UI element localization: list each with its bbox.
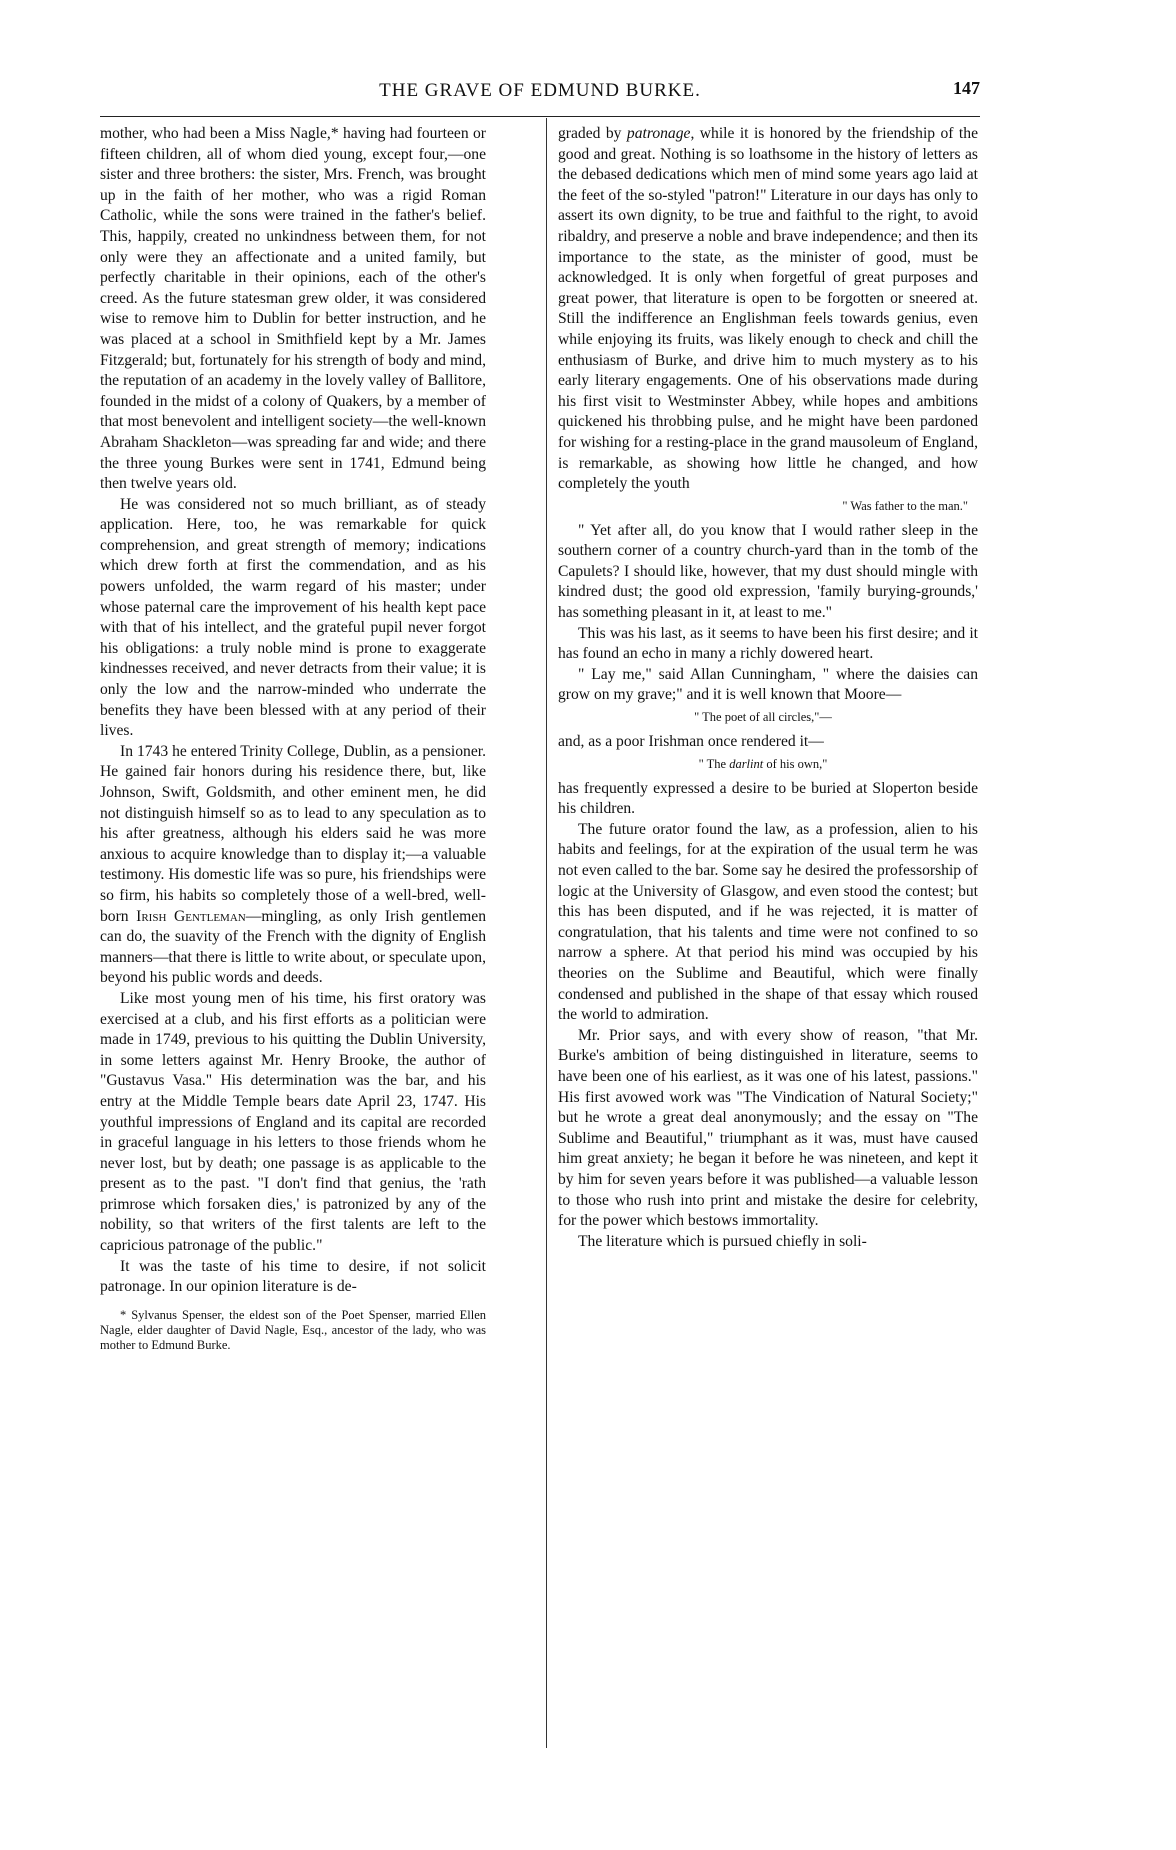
page-title: THE GRAVE OF EDMUND BURKE. [100, 80, 980, 102]
paragraph: and, as a poor Irishman once rendered it… [558, 732, 978, 753]
verse-quote: " Was father to the man." [558, 497, 978, 515]
page-number: 147 [953, 78, 980, 99]
italic-text: patronage [627, 125, 691, 142]
footnote-spacer [100, 1298, 486, 1308]
right-column: graded by patronage, while it is honored… [558, 124, 978, 1252]
paragraph: In 1743 he entered Trinity College, Dubl… [100, 742, 486, 989]
quote-text: " The [699, 757, 730, 771]
header-rule [100, 116, 980, 117]
paragraph: It was the taste of his time to desire, … [100, 1257, 486, 1298]
italic-text: darlint [729, 757, 763, 771]
paragraph: " Lay me," said Allan Cunningham, " wher… [558, 665, 978, 706]
paragraph: has frequently expressed a desire to be … [558, 779, 978, 820]
paragraph: He was considered not so much brilliant,… [100, 495, 486, 742]
paragraph: Like most young men of his time, his fir… [100, 989, 486, 1257]
footnote: * Sylvanus Spenser, the eldest son of th… [100, 1308, 486, 1353]
running-header: THE GRAVE OF EDMUND BURKE. 147 [100, 78, 980, 108]
verse-quote: " The poet of all circles,"— [558, 708, 978, 726]
paragraph-text: In 1743 he entered Trinity College, Dubl… [100, 743, 486, 925]
quote-text: of his own," [763, 757, 827, 771]
paragraph: The future orator found the law, as a pr… [558, 820, 978, 1026]
left-column: mother, who had been a Miss Nagle,* havi… [100, 124, 486, 1353]
paragraph: " Yet after all, do you know that I woul… [558, 521, 978, 624]
paragraph-text: graded by [558, 125, 627, 142]
paragraph-text: , while it is honored by the friendship … [558, 125, 978, 492]
column-divider [546, 118, 547, 1748]
paragraph: Mr. Prior says, and with every show of r… [558, 1026, 978, 1232]
paragraph: graded by patronage, while it is honored… [558, 124, 978, 495]
verse-quote: " The darlint of his own," [558, 755, 978, 773]
paragraph: The literature which is pursued chiefly … [558, 1232, 978, 1253]
small-caps-text: Irish Gentleman [136, 908, 246, 925]
paragraph: mother, who had been a Miss Nagle,* havi… [100, 124, 486, 495]
paragraph: This was his last, as it seems to have b… [558, 624, 978, 665]
